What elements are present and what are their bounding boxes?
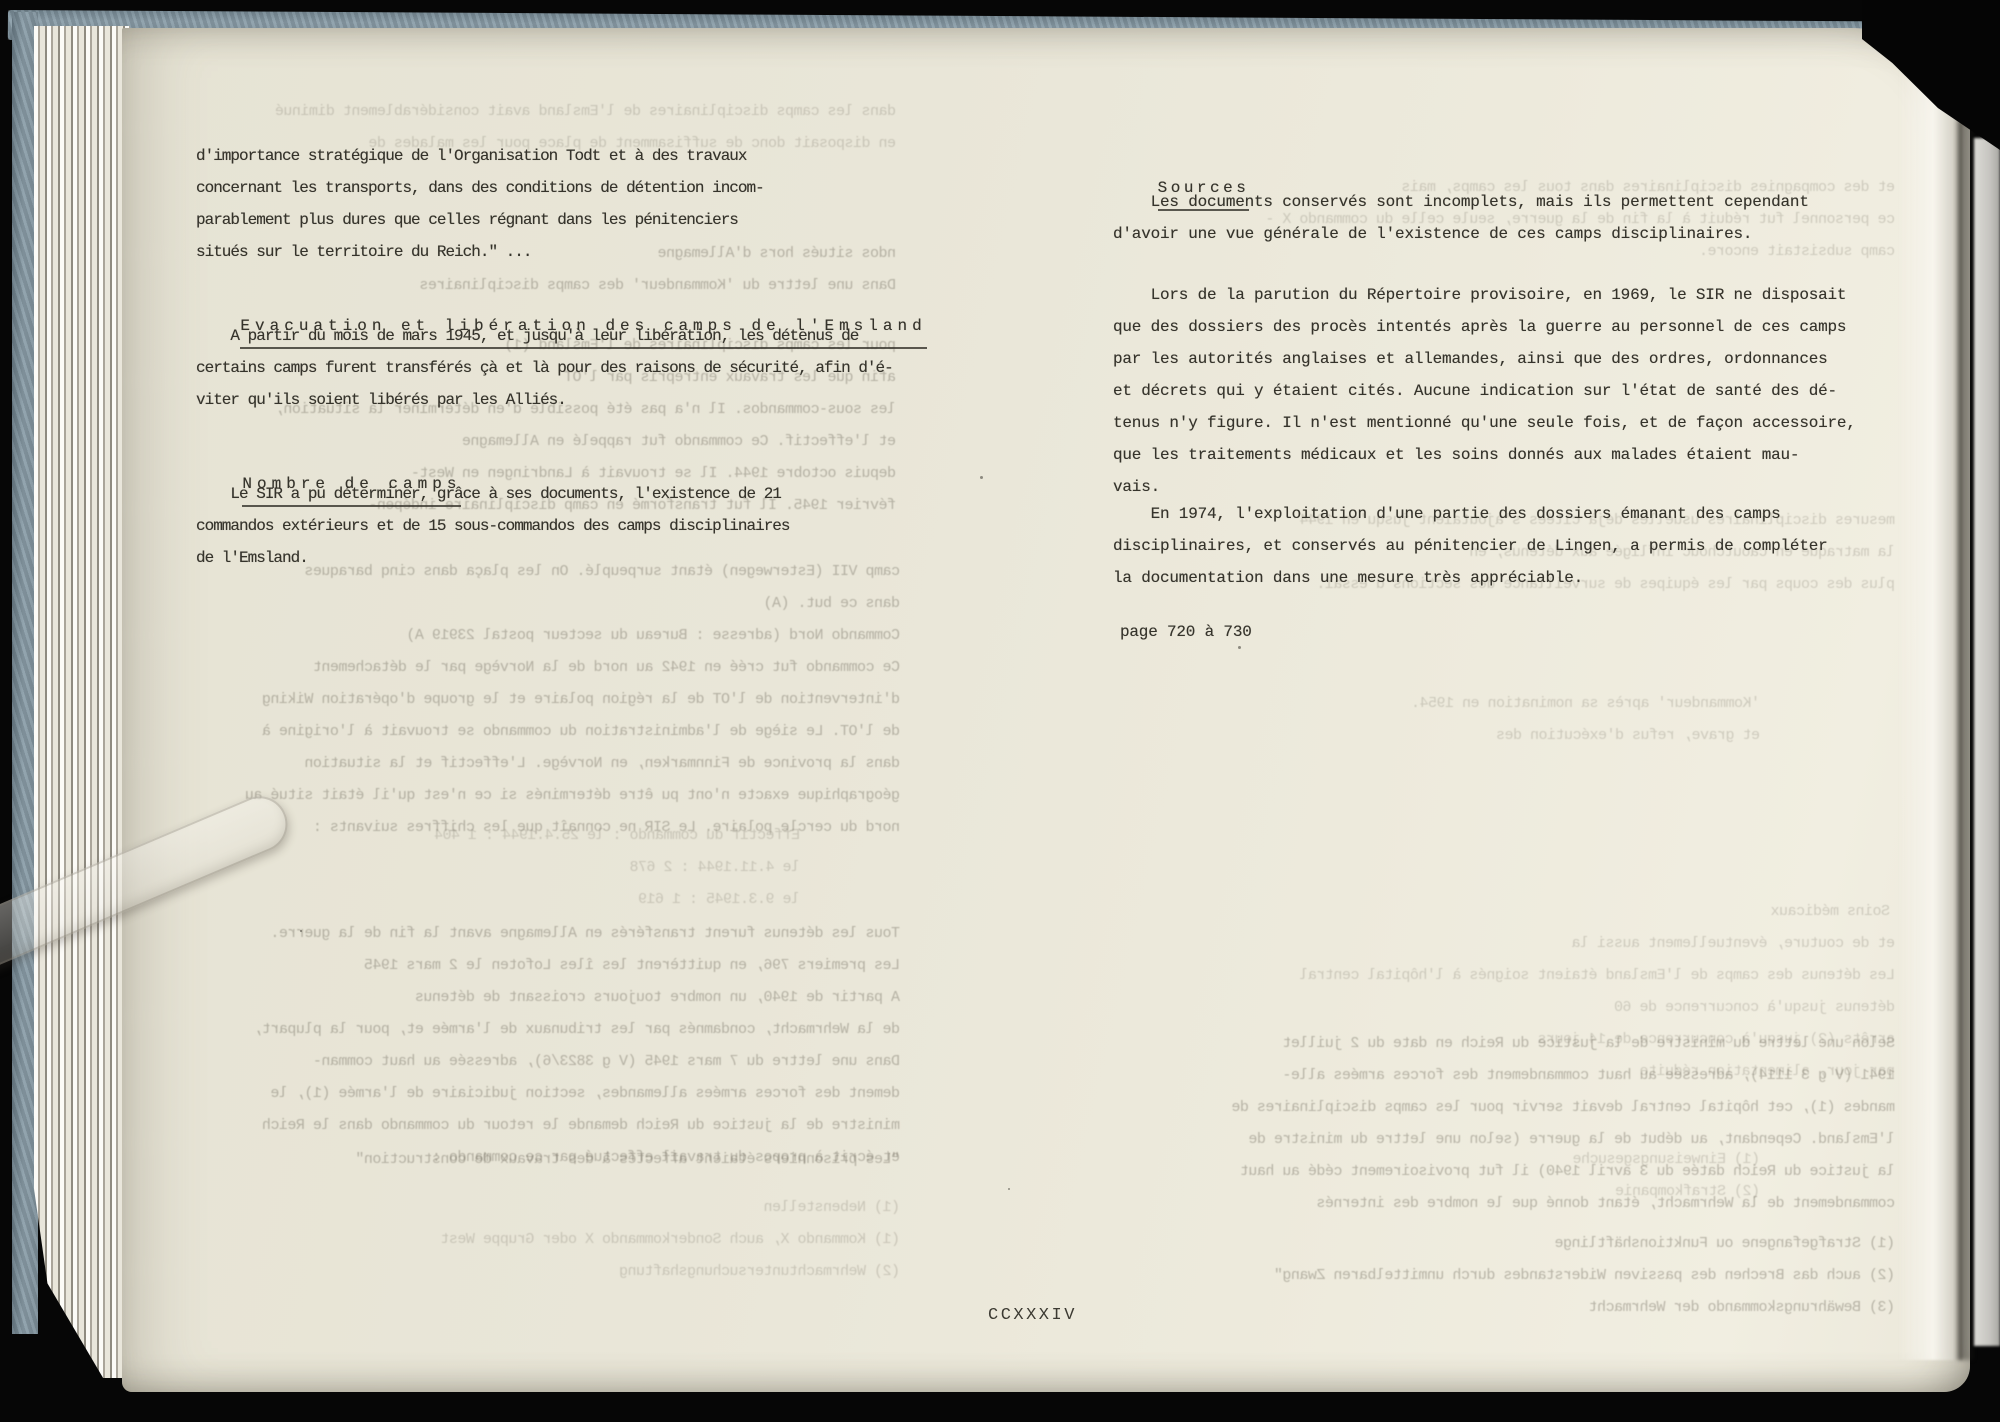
bleedthrough-text: "Les prisonniers étaient affectés à des … <box>300 1144 900 1176</box>
bleedthrough-text: Effectif du commando : le 25.4.1944 : 1 … <box>380 820 800 916</box>
bleedthrough-text: Tous les détenus furent transférés en Al… <box>196 918 900 1174</box>
left-quote-paragraph: d'importance stratégique de l'Organisati… <box>196 140 764 268</box>
book-scan: dans les camps disciplinaires de l'Emsla… <box>0 0 2000 1422</box>
folio-page-number: CCXXXIV <box>988 1306 1077 1325</box>
dust-speck <box>1008 1188 1010 1190</box>
bleedthrough-text: (1) Einweisungsgesuche (2) Strafkompanie <box>1140 1144 1760 1208</box>
dust-speck <box>980 476 983 479</box>
sources-paragraph-2: Lors de la parution du Répertoire provis… <box>1113 279 1856 503</box>
facing-page-edge <box>1974 138 2000 1346</box>
sources-paragraph-1: Les documents conservés sont incomplets,… <box>1113 186 1809 250</box>
sources-paragraph-3: En 1974, l'exploitation d'une partie des… <box>1113 498 1828 594</box>
page-reference: page 720 à 730 <box>1120 616 1252 648</box>
bleedthrough-text: (1) Nebenstellen (1) Kommando X, auch So… <box>196 1192 900 1288</box>
dust-speck <box>300 930 302 932</box>
bleedthrough-text: (1) Strafgefangene ou Funktionshäftlinge… <box>1113 1228 1895 1324</box>
bleedthrough-text: Soins médicaux <box>1520 896 1890 928</box>
bleedthrough-text: 'Kommandeur' après sa nomination en 1954… <box>1240 688 1760 752</box>
page-curl-highlight <box>1898 60 1962 1360</box>
evacuation-paragraph: A partir du mois de mars 1945, et jusqu'… <box>196 320 893 416</box>
dust-speck <box>1238 646 1241 649</box>
bleedthrough-text: camp VII (Esterwegen) étant surpeuplé. O… <box>196 556 900 844</box>
nombre-paragraph: Le SIR a pu déterminer, grâce à ses docu… <box>196 478 790 574</box>
binding-seam-shadow <box>1958 120 1974 1360</box>
page-stack-fore-edge <box>34 26 130 1378</box>
